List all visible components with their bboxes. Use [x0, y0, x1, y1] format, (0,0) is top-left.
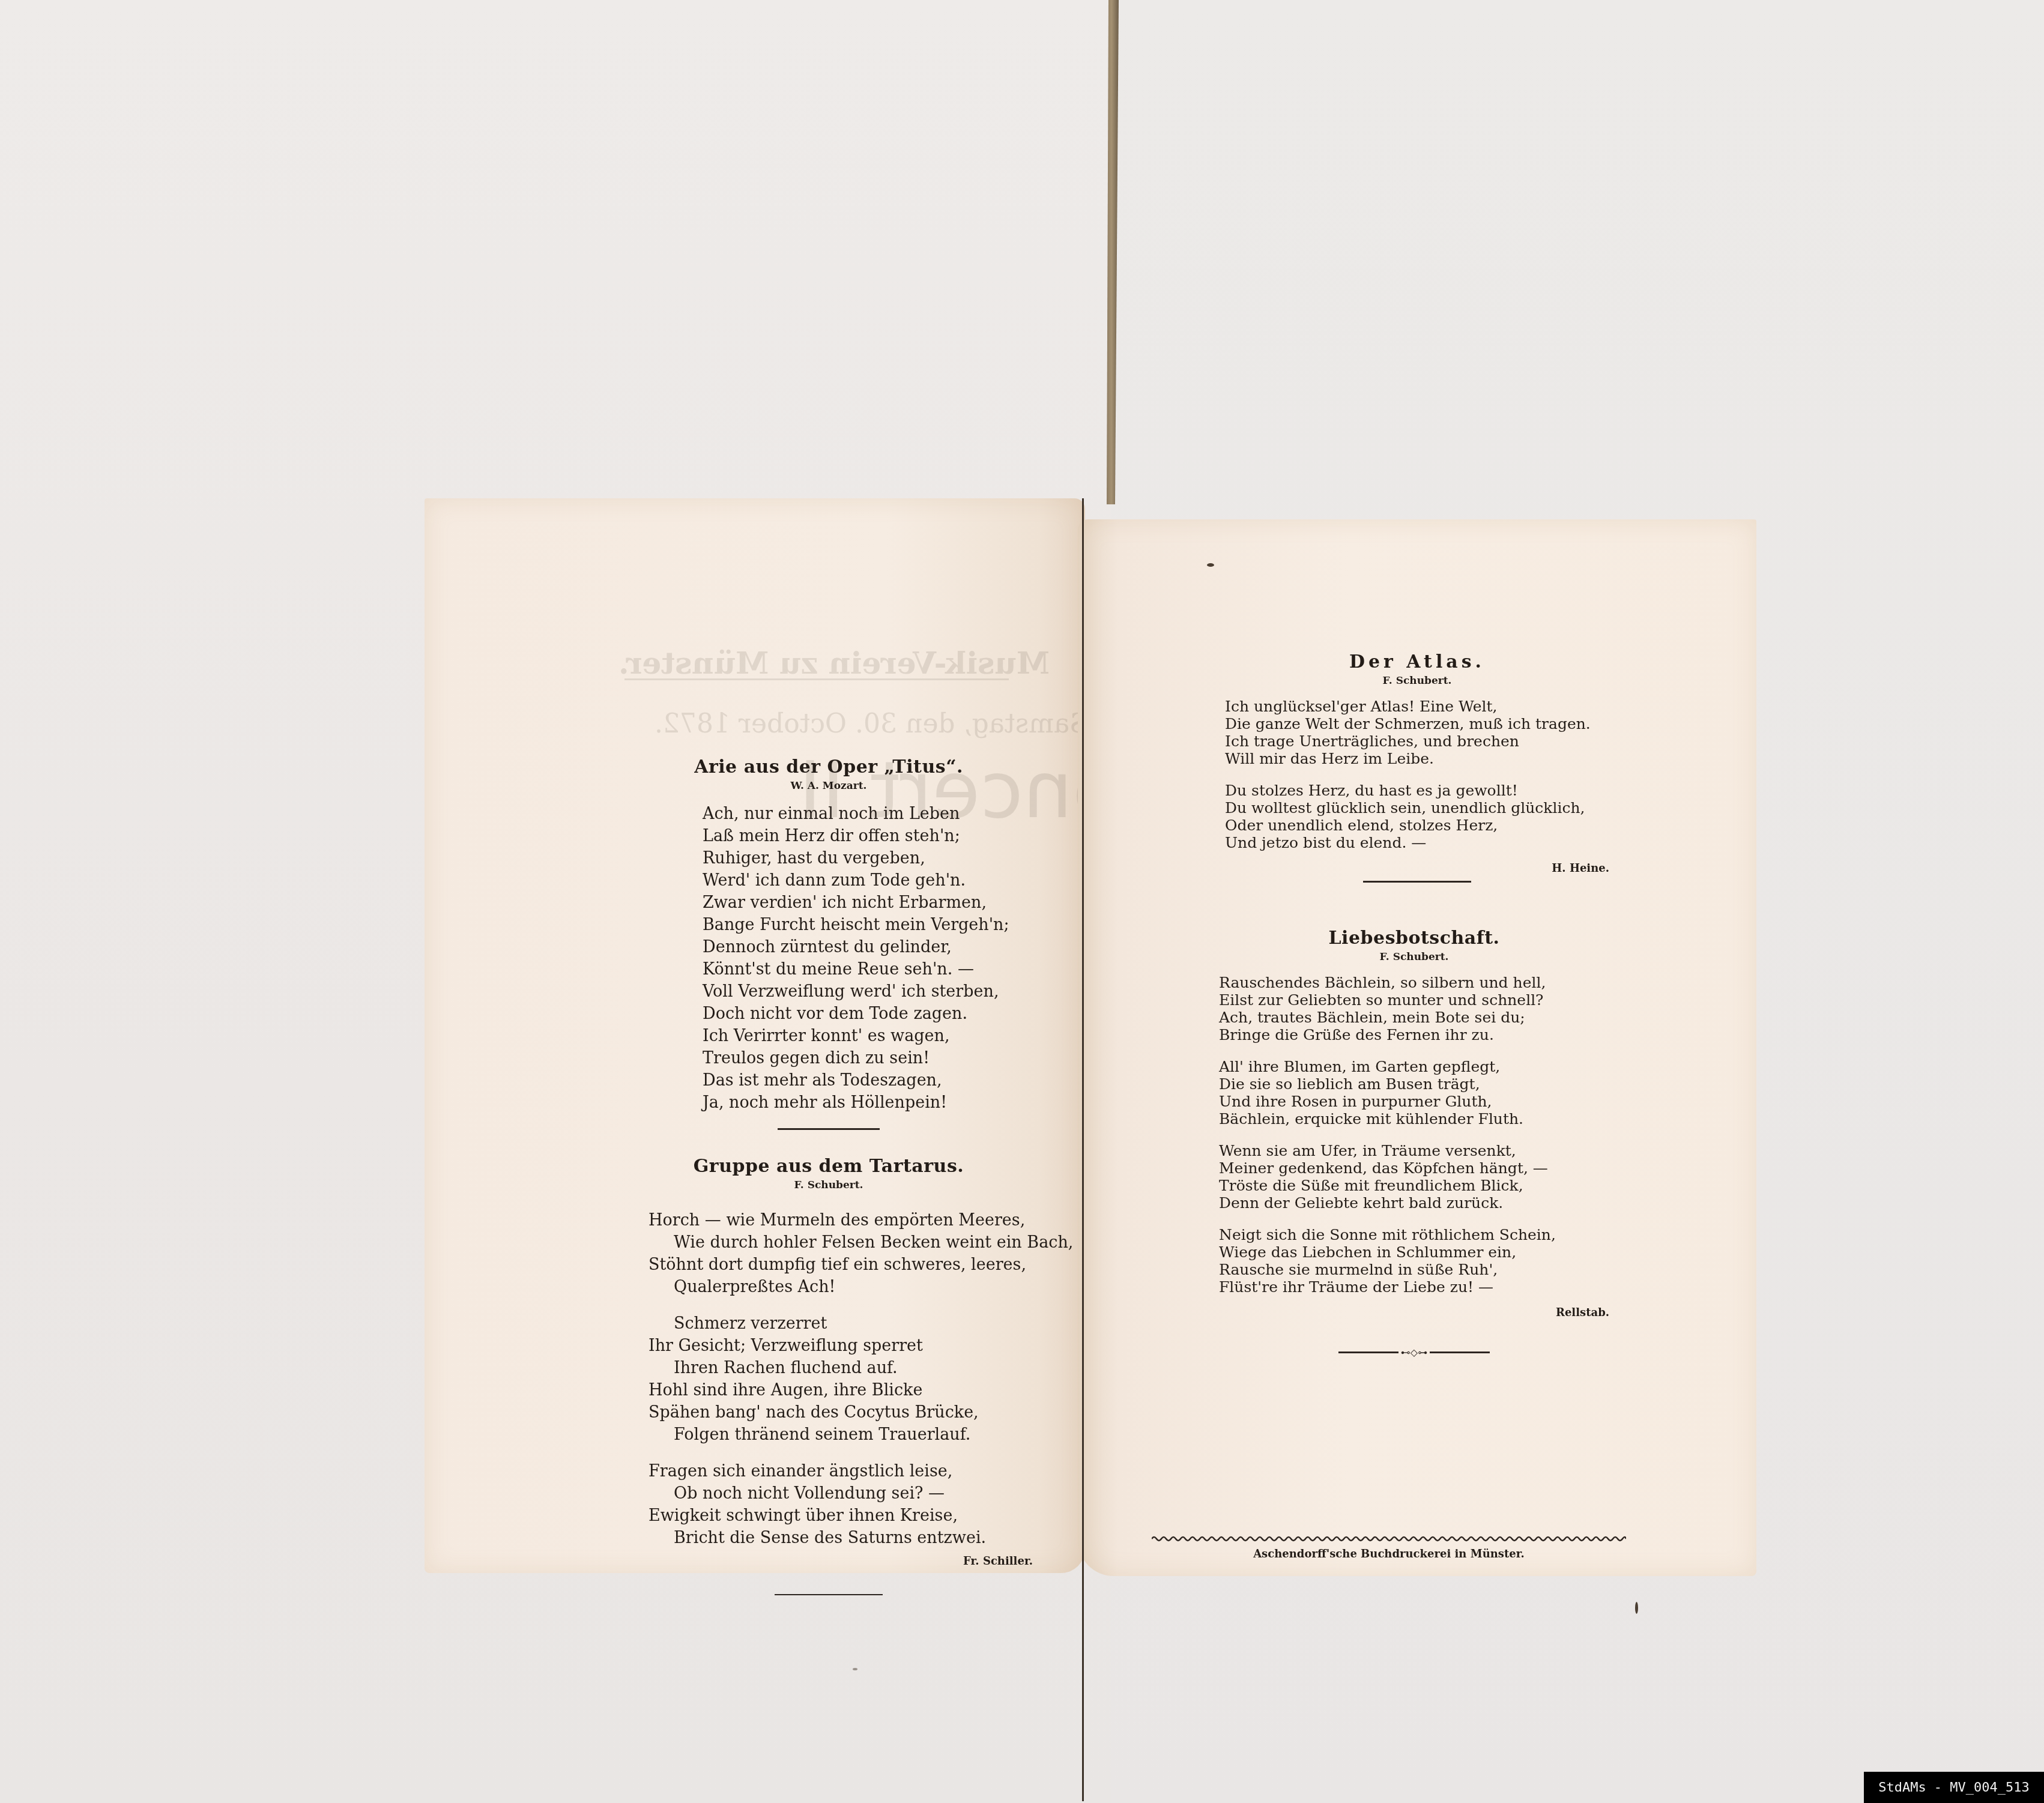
- verse-line: Dennoch zürntest du gelinder,: [703, 936, 1045, 958]
- verse-line: All' ihre Blumen, im Garten gepflegt,: [1219, 1058, 1609, 1075]
- ornament-bar: [1338, 1351, 1398, 1353]
- verse-line: Wie durch hohler Felsen Becken weint ein…: [649, 1231, 1045, 1254]
- show-through-title: Musik-Verein zu Münster.: [618, 645, 1050, 681]
- printer-imprint: Aschendorff'sche Buchdruckerei in Münste…: [1152, 1548, 1626, 1560]
- poem-title: Liebesbotschaft.: [1219, 928, 1609, 949]
- poem-composer: W. A. Mozart.: [612, 780, 1045, 792]
- section-divider: [775, 1594, 883, 1595]
- verse-line: Das ist mehr als Todeszagen,: [703, 1069, 1045, 1092]
- poem-stanzas: Horch — wie Murmeln des empörten Meeres,…: [612, 1209, 1045, 1549]
- paper-speck: [1635, 1602, 1638, 1614]
- verse-line: Horch — wie Murmeln des empörten Meeres,: [649, 1209, 1045, 1231]
- verse-line: Will mir das Herz im Leibe.: [1225, 750, 1609, 767]
- ornamental-divider: ⊷◇⊶: [1219, 1347, 1609, 1358]
- poem-stanzas: Rauschendes Bächlein, so silbern und hel…: [1219, 974, 1609, 1296]
- verse-line: Du stolzes Herz, du hast es ja gewollt!: [1225, 782, 1609, 799]
- stanza: Neigt sich die Sonne mit röthlichem Sche…: [1219, 1226, 1609, 1296]
- verse-line: Rausche sie murmelnd in süße Ruh',: [1219, 1261, 1609, 1278]
- verse-line: Tröste die Süße mit freundlichem Blick,: [1219, 1177, 1609, 1194]
- poem-author: Rellstab.: [1219, 1306, 1609, 1319]
- poem-composer: F. Schubert.: [1225, 675, 1609, 687]
- verse-line: Bricht die Sense des Saturns entzwei.: [649, 1527, 1045, 1549]
- verse-line: Voll Verzweiflung werd' ich sterben,: [703, 980, 1045, 1003]
- poem-stanzas: Ach, nur einmal noch im LebenLaß mein He…: [612, 803, 1045, 1114]
- poem-gruppe-aus-dem-tartarus: Gruppe aus dem Tartarus. F. Schubert. Ho…: [612, 1156, 1045, 1623]
- verse-line: Neigt sich die Sonne mit röthlichem Sche…: [1219, 1226, 1609, 1243]
- verse-line: Bächlein, erquicke mit kühlender Fluth.: [1219, 1110, 1609, 1128]
- verse-line: Ihr Gesicht; Verzweiflung sperret: [649, 1335, 1045, 1357]
- verse-line: Wenn sie am Ufer, in Träume versenkt,: [1219, 1142, 1609, 1159]
- verse-line: Ruhiger, hast du vergeben,: [703, 847, 1045, 869]
- show-through-rule: [624, 678, 1009, 680]
- verse-line: Ich unglücksel'ger Atlas! Eine Welt,: [1225, 698, 1609, 715]
- verse-line: Stöhnt dort dumpfig tief ein schweres, l…: [649, 1254, 1045, 1276]
- poem-stanzas: Ich unglücksel'ger Atlas! Eine Welt,Die …: [1225, 698, 1609, 851]
- verse-line: Ja, noch mehr als Höllenpein!: [703, 1092, 1045, 1114]
- paper-speck: [1207, 563, 1214, 567]
- verse-line: Bringe die Grüße des Fernen ihr zu.: [1219, 1026, 1609, 1043]
- show-through-date: Samstag, den 30. October 1872.: [655, 708, 1087, 739]
- stanza: Schmerz verzerretIhr Gesicht; Verzweiflu…: [649, 1312, 1045, 1446]
- verse-line: Werd' ich dann zum Tode geh'n.: [703, 869, 1045, 892]
- verse-line: Flüst're ihr Träume der Liebe zu! —: [1219, 1278, 1609, 1296]
- poem-author: H. Heine.: [1225, 862, 1609, 875]
- archive-label: StdAMs - MV_004_513: [1864, 1772, 2044, 1803]
- verse-line: Die sie so lieblich am Busen trägt,: [1219, 1075, 1609, 1093]
- poem-title: Arie aus der Oper „Titus“.: [612, 757, 1045, 778]
- verse-line: Folgen thränend seinem Trauerlauf.: [649, 1424, 1045, 1446]
- stanza: Rauschendes Bächlein, so silbern und hel…: [1219, 974, 1609, 1043]
- verse-line: Treulos gegen dich zu sein!: [703, 1047, 1045, 1069]
- verse-line: Ihren Rachen fluchend auf.: [649, 1357, 1045, 1379]
- verse-line: Du wolltest glücklich sein, unendlich gl…: [1225, 799, 1609, 817]
- ornament-glyph: ⊷◇⊶: [1401, 1347, 1427, 1358]
- poem-titus-aria: Arie aus der Oper „Titus“. W. A. Mozart.…: [612, 757, 1045, 1155]
- verse-line: Die ganze Welt der Schmerzen, muß ich tr…: [1225, 715, 1609, 732]
- verse-line: Ach, nur einmal noch im Leben: [703, 803, 1045, 825]
- verse-line: Ich trage Unerträgliches, und brechen: [1225, 732, 1609, 750]
- verse-line: Ob noch nicht Vollendung sei? —: [649, 1482, 1045, 1505]
- verse-line: Schmerz verzerret: [649, 1312, 1045, 1335]
- poem-liebesbotschaft: Liebesbotschaft. F. Schubert. Rauschende…: [1219, 928, 1609, 1358]
- verse-line: Zwar verdien' ich nicht Erbarmen,: [703, 892, 1045, 914]
- verse-line: Spähen bang' nach des Cocytus Brücke,: [649, 1401, 1045, 1424]
- verse-line: Könnt'st du meine Reue seh'n. —: [703, 958, 1045, 980]
- verse-line: Eilst zur Geliebten so munter und schnel…: [1219, 991, 1609, 1009]
- stanza: Ach, nur einmal noch im LebenLaß mein He…: [703, 803, 1045, 1114]
- stanza: All' ihre Blumen, im Garten gepflegt,Die…: [1219, 1058, 1609, 1128]
- verse-line: Denn der Geliebte kehrt bald zurück.: [1219, 1194, 1609, 1212]
- verse-line: Rauschendes Bächlein, so silbern und hel…: [1219, 974, 1609, 991]
- gutter-fold: [1082, 498, 1084, 1801]
- verse-line: Meiner gedenkend, das Köpfchen hängt, —: [1219, 1159, 1609, 1177]
- poem-composer: F. Schubert.: [1219, 951, 1609, 963]
- verse-line: Fragen sich einander ängstlich leise,: [649, 1460, 1045, 1482]
- poem-title: Gruppe aus dem Tartarus.: [612, 1156, 1045, 1177]
- verse-line: Wiege das Liebchen in Schlummer ein,: [1219, 1243, 1609, 1261]
- stanza: Du stolzes Herz, du hast es ja gewollt!D…: [1225, 782, 1609, 851]
- verse-line: Ewigkeit schwingt über ihnen Kreise,: [649, 1505, 1045, 1527]
- stanza: Fragen sich einander ängstlich leise,Ob …: [649, 1460, 1045, 1549]
- verse-line: Und jetzo bist du elend. —: [1225, 834, 1609, 851]
- stanza: Ich unglücksel'ger Atlas! Eine Welt,Die …: [1225, 698, 1609, 767]
- verse-line: Hohl sind ihre Augen, ihre Blicke: [649, 1379, 1045, 1401]
- verse-line: Und ihre Rosen in purpurner Gluth,: [1219, 1093, 1609, 1110]
- wavy-rule: [1152, 1535, 1626, 1543]
- verse-line: Laß mein Herz dir offen steh'n;: [703, 825, 1045, 847]
- section-divider: [1363, 881, 1471, 883]
- verse-line: Qualerpreßtes Ach!: [649, 1276, 1045, 1298]
- poem-der-atlas: Der Atlas. F. Schubert. Ich unglücksel'g…: [1225, 651, 1609, 904]
- verse-line: Oder unendlich elend, stolzes Herz,: [1225, 817, 1609, 834]
- poem-composer: F. Schubert.: [612, 1179, 1045, 1191]
- section-divider: [778, 1128, 880, 1130]
- poem-title: Der Atlas.: [1225, 651, 1609, 672]
- verse-line: Doch nicht vor dem Tode zagen.: [703, 1003, 1045, 1025]
- stanza: Wenn sie am Ufer, in Träume versenkt,Mei…: [1219, 1142, 1609, 1212]
- verse-line: Ich Verirrter konnt' es wagen,: [703, 1025, 1045, 1047]
- paper-speck: [853, 1668, 857, 1670]
- stanza: Horch — wie Murmeln des empörten Meeres,…: [649, 1209, 1045, 1298]
- verse-line: Ach, trautes Bächlein, mein Bote sei du;: [1219, 1009, 1609, 1026]
- ornament-bar: [1430, 1351, 1490, 1353]
- verse-line: Bange Furcht heischt mein Vergeh'n;: [703, 914, 1045, 936]
- poem-author: Fr. Schiller.: [612, 1555, 1033, 1568]
